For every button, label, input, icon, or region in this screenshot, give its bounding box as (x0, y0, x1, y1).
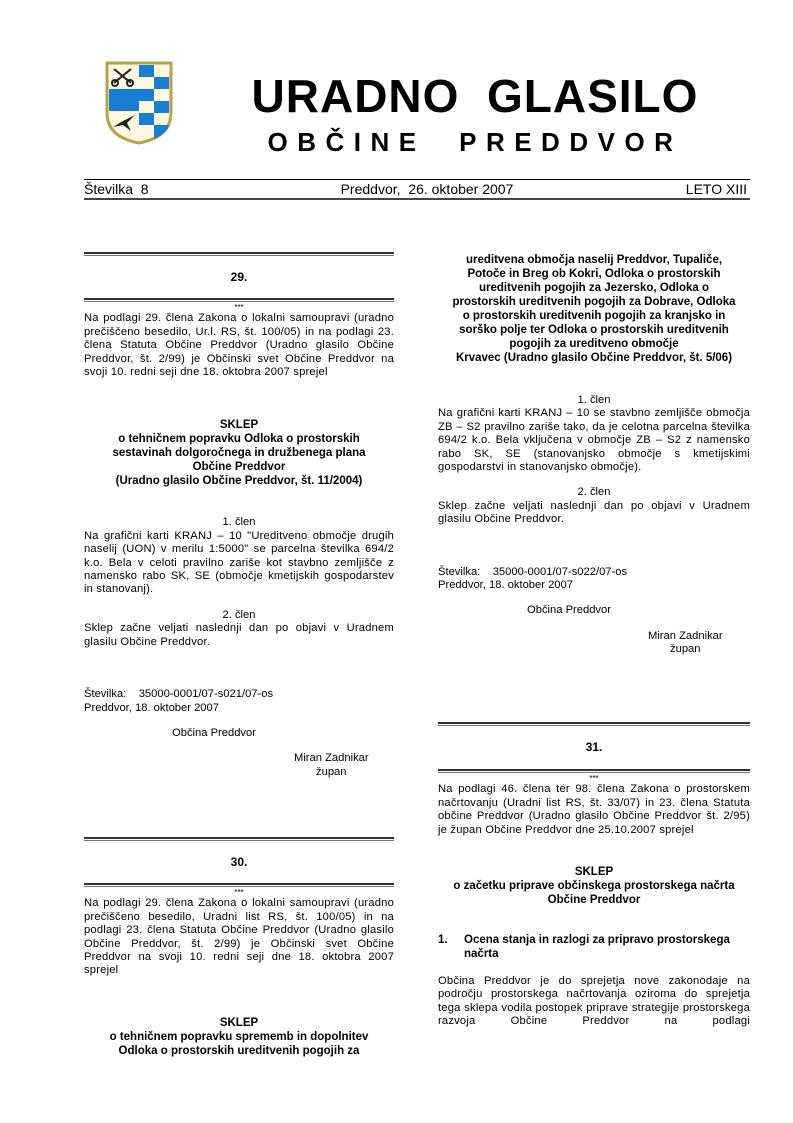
article-number: 30. (84, 856, 394, 869)
municipality: Občina Preddvor (84, 727, 394, 740)
resolution-subject-line: (Uradno glasilo Občine Preddvor, št. 11/… (84, 474, 394, 488)
resolution-subject-line: ureditvenih pogojih za Jezersko, Odloka … (438, 281, 750, 295)
signatory-name: Miran Zadnikar (84, 752, 394, 765)
section-title: Ocena stanja in razlogi za pripravo pros… (464, 933, 750, 961)
resolution-subject-line: Odloka o prostorskih ureditvenih pogojih… (84, 1044, 394, 1058)
article-31: 31. *** Na podlagi 46. člena ter 98. čle… (438, 722, 750, 1029)
resolution-subject-line: pogojih za ureditveno območje (438, 337, 750, 351)
article-number: 31. (438, 741, 750, 754)
article-30: 30. *** Na podlagi 29. člena Zakona o lo… (84, 837, 394, 1058)
resolution-subject-line: Občine Preddvor (438, 893, 750, 907)
issue-date: Preddvor, 26. oktober 2007 (84, 180, 750, 198)
publication-subtitle: OBČINE PREDDVOR (230, 124, 720, 160)
article-rule (84, 837, 394, 841)
clause-text: Sklep začne veljati naslednji dan po obj… (438, 500, 750, 527)
clause-heading: 2. člen (84, 609, 394, 622)
resolution-subject-line: Krvavec (Uradno glasilo Občine Preddvor,… (438, 351, 750, 365)
place-date: Preddvor, 18. oktober 2007 (84, 702, 394, 715)
document-number: Številka: 35000-0001/07-s022/07-os (438, 566, 750, 579)
resolution-title: SKLEP (84, 418, 394, 432)
issue-header: Številka 8 Preddvor, 26. oktober 2007 LE… (84, 180, 750, 198)
resolution-subject-line: Občine Preddvor (84, 460, 394, 474)
clause-heading: 2. člen (438, 486, 750, 499)
resolution-subject-line: sestavinah dolgoročnega in družbenega pl… (84, 446, 394, 460)
municipality: Občina Preddvor (438, 604, 750, 617)
resolution-subject-line: Potoče in Breg ob Kokri, Odloka o prosto… (438, 267, 750, 281)
document-number: Številka: 35000-0001/07-s021/07-os (84, 688, 394, 701)
preamble: Na podlagi 29. člena Zakona o lokalni sa… (84, 897, 394, 977)
header-rule-bottom (84, 198, 750, 200)
signatory-role: župan (438, 643, 750, 656)
article-rule (438, 769, 750, 773)
resolution-subject-line: o tehničnem popravku Odloka o prostorski… (84, 432, 394, 446)
separator-stars: *** (84, 888, 394, 897)
resolution-subject-line: o začetku priprave občinskega prostorske… (438, 879, 750, 893)
resolution-subject-line: ureditvena območja naselij Preddvor, Tup… (438, 253, 750, 267)
resolution-title: SKLEP (438, 865, 750, 879)
publication-title: URADNO GLASILO (230, 70, 720, 122)
article-30-continued: ureditvena območja naselij Preddvor, Tup… (438, 253, 750, 657)
section-number: 1. (438, 933, 464, 961)
place-date: Preddvor, 18. oktober 2007 (438, 579, 750, 592)
resolution-subject-line: sorško polje ter Odloka o prostorskih ur… (438, 323, 750, 337)
separator-stars: *** (438, 774, 750, 783)
article-29: 29. *** Na podlagi 29. člena Zakona o lo… (84, 252, 394, 779)
section-heading: 1. Ocena stanja in razlogi za pripravo p… (438, 933, 750, 961)
clause-text: Na grafični karti KRANJ – 10 "Ureditveno… (84, 530, 394, 597)
article-rule (84, 883, 394, 887)
clause-heading: 1. člen (84, 516, 394, 529)
signatory-role: župan (84, 766, 394, 779)
separator-stars: *** (84, 303, 394, 312)
preamble: Na podlagi 46. člena ter 98. člena Zakon… (438, 783, 750, 837)
signatory-name: Miran Zadnikar (438, 630, 750, 643)
resolution-subject-line: prostorskih ureditvenih pogojih za Dobra… (438, 295, 750, 309)
article-number: 29. (84, 271, 394, 284)
coat-of-arms-logo (105, 61, 173, 145)
article-rule (438, 722, 750, 726)
clause-text: Sklep začne veljati naslednji dan po obj… (84, 622, 394, 649)
section-text: Občina Preddvor je do sprejetja nove zak… (438, 975, 750, 1029)
article-rule (84, 298, 394, 302)
resolution-subject-line: o prostorskih ureditvenih pogojih za kra… (438, 309, 750, 323)
resolution-title: SKLEP (84, 1016, 394, 1030)
clause-text: Na grafični karti KRANJ – 10 se stavbno … (438, 407, 750, 474)
clause-heading: 1. člen (438, 394, 750, 407)
issue-volume: LETO XIII (686, 180, 747, 198)
article-rule (84, 252, 394, 256)
resolution-subject-line: o tehničnem popravku sprememb in dopolni… (84, 1030, 394, 1044)
preamble: Na podlagi 29. člena Zakona o lokalni sa… (84, 312, 394, 379)
